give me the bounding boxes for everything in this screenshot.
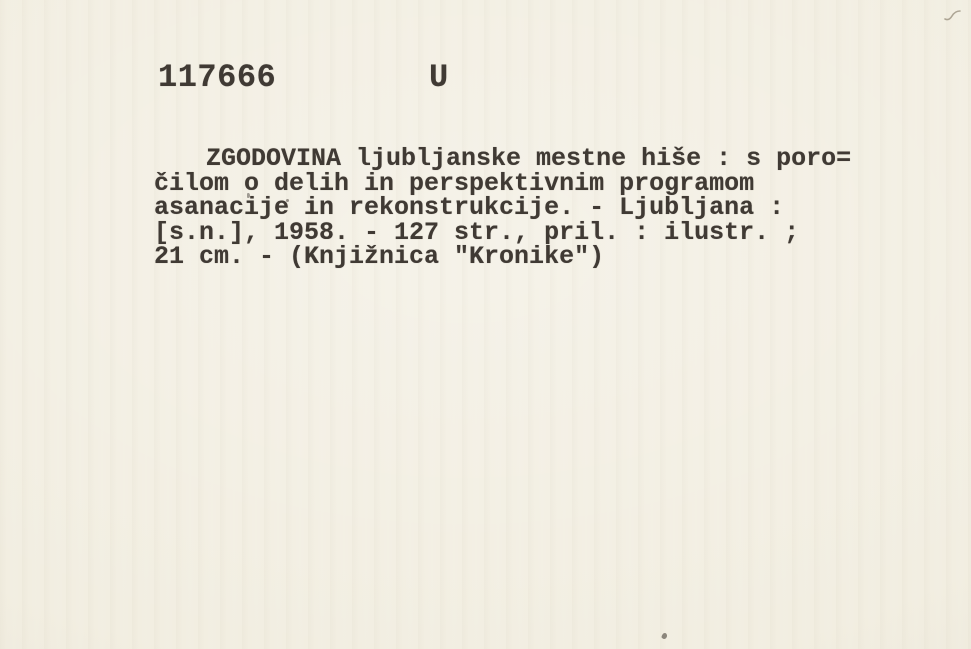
entry-line: ZGODOVINA ljubljanske mestne hiše : s po… (154, 147, 894, 172)
heading-letter: U (429, 62, 448, 94)
call-number: 117666 (158, 62, 276, 94)
entry-line: 21 cm. - (Knjižnica "Kronike") (154, 245, 894, 270)
ink-speck (661, 632, 668, 640)
bibliographic-entry: ZGODOVINA ljubljanske mestne hiše : s po… (154, 147, 894, 270)
catalog-card: 117666 U ZGODOVINA ljubljanske mestne hi… (0, 0, 971, 649)
pen-mark-icon (943, 8, 963, 24)
entry-line: asanacije in rekonstrukcije. - Ljubljana… (154, 196, 894, 221)
